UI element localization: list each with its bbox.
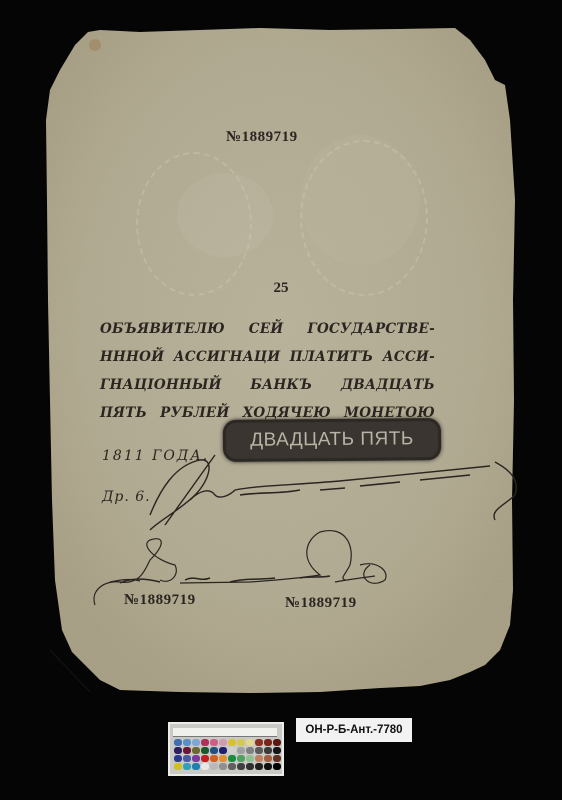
color-chip	[264, 739, 272, 746]
color-chip	[210, 763, 218, 770]
color-chip	[264, 755, 272, 762]
color-chip	[210, 747, 218, 754]
color-chip	[183, 755, 191, 762]
color-chip	[192, 739, 200, 746]
serial-number-bottom-right: №1889719	[285, 595, 357, 612]
color-chip	[210, 739, 218, 746]
color-chip	[255, 755, 263, 762]
color-chip	[219, 747, 227, 754]
color-chip	[174, 747, 182, 754]
color-chip	[264, 763, 272, 770]
color-chip	[183, 763, 191, 770]
color-chip	[255, 747, 263, 754]
color-chip	[228, 747, 236, 754]
color-chip	[192, 747, 200, 754]
color-chip-grid	[174, 739, 281, 770]
color-chip	[255, 739, 263, 746]
color-chip	[273, 739, 281, 746]
color-chip	[273, 755, 281, 762]
serial-number-bottom-left: №1889719	[124, 592, 196, 609]
color-chip	[201, 739, 209, 746]
color-chip	[183, 739, 191, 746]
color-chip	[237, 747, 245, 754]
color-chip	[246, 763, 254, 770]
color-chip	[219, 739, 227, 746]
color-chip	[183, 747, 191, 754]
color-chip	[237, 739, 245, 746]
color-chip	[192, 755, 200, 762]
color-chip	[237, 755, 245, 762]
color-chip	[174, 739, 182, 746]
color-chip	[264, 747, 272, 754]
color-chip	[228, 755, 236, 762]
color-chip	[174, 763, 182, 770]
catalog-label: ОН-Р-Б-Ант.-7780	[296, 718, 412, 742]
color-chip	[219, 755, 227, 762]
color-chip	[192, 763, 200, 770]
color-chip	[210, 755, 218, 762]
color-checker-card	[168, 722, 284, 776]
color-chip	[255, 763, 263, 770]
color-chip	[201, 747, 209, 754]
color-chip	[273, 747, 281, 754]
color-chip	[219, 763, 227, 770]
color-chip	[201, 763, 209, 770]
color-chip	[174, 755, 182, 762]
color-chip	[246, 755, 254, 762]
color-chip	[246, 747, 254, 754]
signature-lower	[0, 0, 562, 800]
color-chip	[228, 763, 236, 770]
color-chip	[201, 755, 209, 762]
color-chip	[237, 763, 245, 770]
color-chip	[246, 739, 254, 746]
ruler-scale	[173, 728, 277, 737]
color-chip	[228, 739, 236, 746]
color-chip	[273, 763, 281, 770]
